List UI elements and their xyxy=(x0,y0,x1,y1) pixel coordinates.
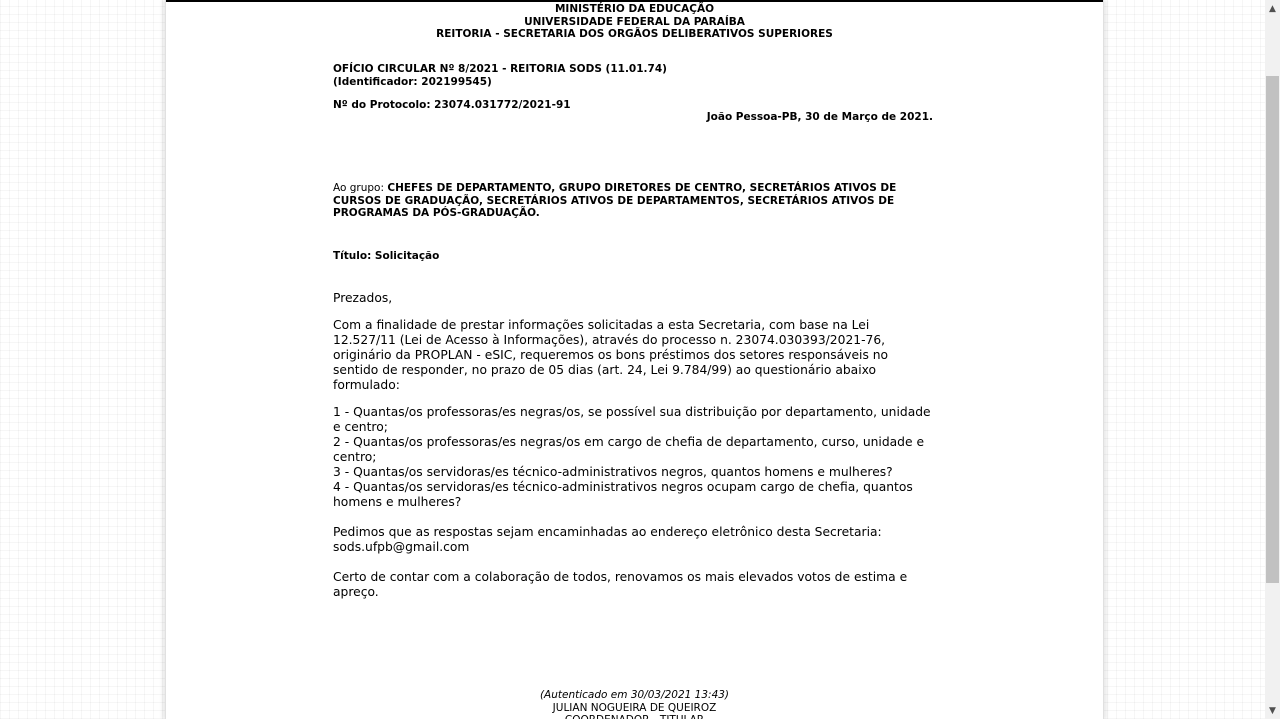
header-ministry: MINISTÉRIO DA EDUCAÇÃO xyxy=(166,3,1103,16)
signature-block: (Autenticado em 30/03/2021 13:43) JULIAN… xyxy=(166,689,1103,719)
oficio-number: OFÍCIO CIRCULAR Nº 8/2021 - REITORIA SOD… xyxy=(333,63,667,76)
question-item: 3 - Quantas/os servidoras/es técnico-adm… xyxy=(333,465,933,480)
questions-list: 1 - Quantas/os professoras/es negras/os,… xyxy=(333,405,933,510)
oficio-block: OFÍCIO CIRCULAR Nº 8/2021 - REITORIA SOD… xyxy=(333,63,667,88)
paragraph-intro: Com a finalidade de prestar informações … xyxy=(333,318,933,393)
response-request-text: Pedimos que as respostas sejam encaminha… xyxy=(333,525,933,540)
protocolo-number: Nº do Protocolo: 23074.031772/2021-91 xyxy=(333,99,571,112)
vertical-scrollbar[interactable]: ▲ ▼ xyxy=(1265,0,1280,719)
scroll-down-arrow-icon[interactable]: ▼ xyxy=(1265,702,1280,719)
recipient-group: Ao grupo: CHEFES DE DEPARTAMENTO, GRUPO … xyxy=(333,182,923,220)
question-item: 1 - Quantas/os professoras/es negras/os,… xyxy=(333,405,933,435)
closing-paragraph: Certo de contar com a colaboração de tod… xyxy=(333,570,933,600)
header-department: REITORIA - SECRETARIA DOS ORGÃOS DELIBER… xyxy=(166,28,1103,41)
authentication-stamp: (Autenticado em 30/03/2021 13:43) xyxy=(166,689,1103,702)
contact-email: sods.ufpb@gmail.com xyxy=(333,540,933,555)
question-item: 4 - Quantas/os servidoras/es técnico-adm… xyxy=(333,480,933,510)
identificador: (Identificador: 202199545) xyxy=(333,76,667,89)
scroll-up-arrow-icon[interactable]: ▲ xyxy=(1265,0,1280,17)
document-date: João Pessoa-PB, 30 de Março de 2021. xyxy=(333,111,933,124)
response-request: Pedimos que as respostas sejam encaminha… xyxy=(333,525,933,555)
signer-role: COORDENADOR - TITULAR xyxy=(166,714,1103,719)
document-title: Título: Solicitação xyxy=(333,250,439,263)
page-separator xyxy=(166,0,1103,2)
greeting: Prezados, xyxy=(333,291,933,306)
recipient-value: CHEFES DE DEPARTAMENTO, GRUPO DIRETORES … xyxy=(333,182,896,219)
signer-name: JULIAN NOGUEIRA DE QUEIROZ xyxy=(166,702,1103,715)
recipient-label: Ao grupo: xyxy=(333,182,387,194)
header-university: UNIVERSIDADE FEDERAL DA PARAÍBA xyxy=(166,16,1103,29)
question-item: 2 - Quantas/os professoras/es negras/os … xyxy=(333,435,933,465)
document-page: MINISTÉRIO DA EDUCAÇÃO UNIVERSIDADE FEDE… xyxy=(165,0,1104,719)
document-header: MINISTÉRIO DA EDUCAÇÃO UNIVERSIDADE FEDE… xyxy=(166,3,1103,41)
scrollbar-thumb[interactable] xyxy=(1266,76,1279,583)
